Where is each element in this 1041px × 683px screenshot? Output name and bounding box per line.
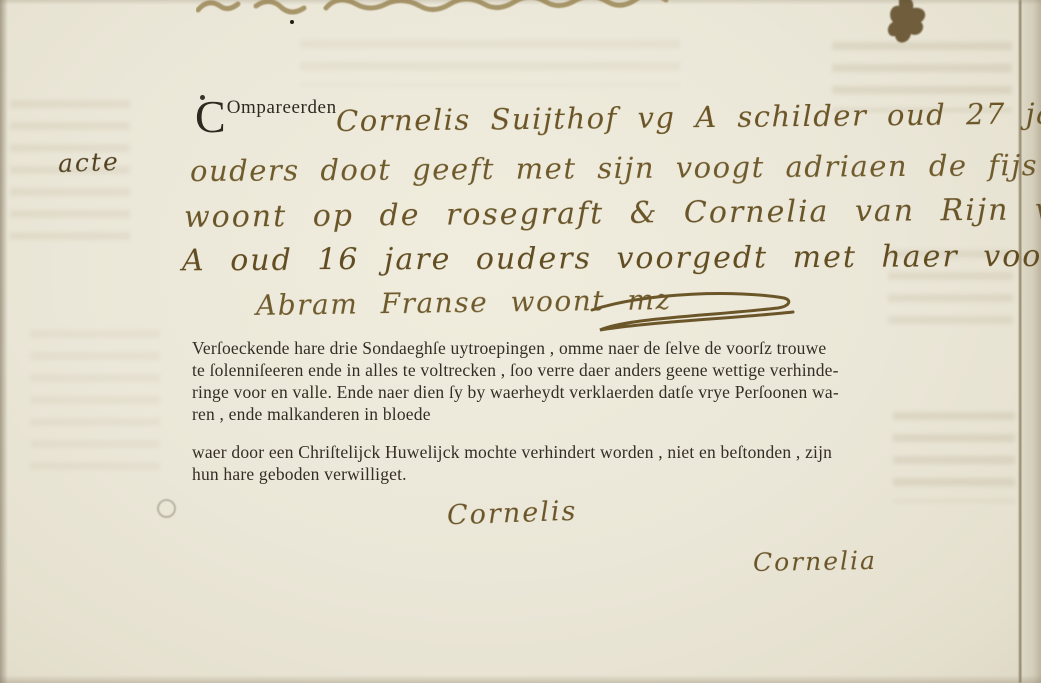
printed-line: te ſolenniſeeren ende in alles te voltre… (192, 360, 839, 381)
bleedthrough-ghost (300, 40, 680, 86)
handwritten-entry-line: woont op de rosegraft & Cornelia van Rij… (184, 192, 1041, 235)
ink-blot (885, 0, 931, 50)
printed-line: Verſoeckende hare drie Sondaeghſe uytroe… (192, 338, 826, 359)
printed-line: ren , ende malkanderen in bloede (192, 404, 431, 425)
bleedthrough-ghost (30, 330, 160, 470)
document-scan: acte COmpareerden Cornelis Suijthof vg A… (0, 0, 1041, 683)
pen-flourish (588, 288, 798, 336)
printed-line: waer door een Chriſtelijck Huwelijck moc… (192, 442, 832, 463)
handwritten-entry-line: ouders doot geeft met sijn voogt adriaen… (190, 148, 1038, 188)
printed-lead-word: COmpareerden (195, 97, 337, 137)
top-handwriting-fragment (196, 0, 696, 26)
signature-groom: Cornelis (446, 496, 577, 532)
signature-bride: Cornelia (753, 546, 877, 577)
page-bottom-edge (0, 675, 1041, 683)
printed-line: hun hare geboden verwilliget. (192, 464, 407, 485)
bleedthrough-ghost (893, 412, 1015, 502)
printed-line: ringe voor en valle. Ende naer dien ſy b… (192, 382, 839, 403)
ring-stain (157, 499, 176, 518)
handwritten-entry-line: Cornelis Suijthof vg A schilder oud 27 j… (336, 96, 1041, 138)
page-left-edge (0, 0, 8, 683)
margin-note: acte (58, 147, 121, 178)
handwritten-entry-line: A oud 16 jare ouders voorgedt met haer v… (182, 239, 1041, 279)
drop-cap: C (195, 91, 227, 142)
ink-speck (290, 20, 294, 24)
